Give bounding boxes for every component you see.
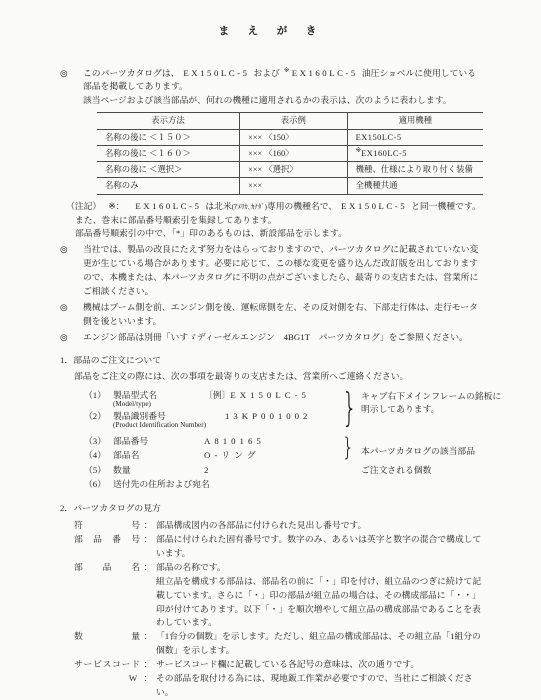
table-cell: ××× (239, 178, 347, 194)
bullet-body: 当社では、製品の改良にたえず努力をはらっておりますので、パーツカタログに記載され… (83, 243, 483, 299)
item-number: （6） (84, 478, 113, 492)
double-circle-bullet-icon: ◎ (60, 301, 83, 329)
engine-parts-paragraph: エンジン部品は別冊「いすゞディーゼルエンジン 4BG1T パーツカタログ」をご参… (83, 331, 483, 345)
catalog-part-note: 本パーツカタログの該当部品 (361, 445, 475, 458)
note-text: 専用の機種名で、 (267, 201, 337, 211)
page-title: ま え が き (60, 24, 483, 41)
table-body: 名称の後に ＜１５０＞ ××× 〈150〉 EX150LC-5 名称の後に ＜１… (97, 129, 483, 194)
item-value: O-リング (204, 450, 260, 460)
service-code-w-row: W：その部品を取付ける為には、現地鈑工作業が必要ですので、当社にご相談ください。 (126, 672, 483, 700)
model-code-ex160: EX160LC-5 (135, 201, 201, 211)
table-cell: ××× 〈160〉 (239, 145, 347, 161)
legend-desc: 部品の名称です。 (156, 561, 483, 575)
intro-text: このパーツカタログは、 (83, 68, 179, 78)
bullet-item-catalog-scope: ◎ このパーツカタログは、EX150LC-5および※EX160LC-5油圧ショベ… (60, 67, 483, 242)
table-row: 名称の後に ＜選択＞ ××× 〈選択〉 機種、仕様により取り付く装備 (97, 162, 483, 178)
item-number: （4） (84, 449, 113, 463)
table-header-display-example: 表示例 (239, 113, 347, 129)
item-label: 送付先の住所および宛名 (113, 478, 204, 492)
section1-heading: 1．部品のご注文について (60, 354, 483, 368)
quantity-note: ご注文される個数 (361, 464, 431, 477)
intro-line-3: 該当ページおよび該当部品が、何れの機種に適用されるかの表示は、次のように表わしま… (83, 94, 483, 108)
model-applicability-table: 表示方法 表示例 適用機種 名称の後に ＜１５０＞ ××× 〈150〉 EX15… (97, 112, 483, 194)
orientation-paragraph: 機械はブーム側を前、エンジン側を後、運転席側を左、その反対側を右、下部走行体は、… (83, 301, 483, 329)
legend-term: 部品番号 (74, 533, 140, 561)
item-value: EX150LC-5 (230, 390, 310, 400)
service-code-desc: その部品を取付ける為には、現地鈑工作業が必要ですので、当社にご相談ください。 (156, 672, 483, 700)
bullet-body: このパーツカタログは、EX150LC-5および※EX160LC-5油圧ショベルに… (83, 67, 483, 242)
legend-term: 数量 (74, 630, 140, 658)
model-code-text: EX160LC-5 (361, 149, 407, 158)
order-item-3: （3）部品番号A810165 (84, 435, 265, 449)
legend-row-quantity: 数量：「1台分の個数」を示します。ただし、組立品の構成部品は、その組立品「1組分… (74, 630, 483, 658)
legend-desc: サービスコード欄に記載している各記号の意味は、次の通りです。 (156, 658, 483, 672)
intro-text: および (253, 68, 279, 78)
legend-term: 部品名 (74, 561, 140, 575)
table-cell: 名称の後に ＜１５０＞ (97, 129, 239, 145)
model-code-ex150: EX150LC-5 (341, 201, 407, 211)
item-number: （2） (84, 410, 113, 424)
intro-line-2: 部品を掲載してあります。 (83, 80, 483, 94)
brace-icon: } (342, 389, 357, 428)
section2-heading: 2．パーツカタログの見方 (60, 502, 483, 516)
note-label: （注記） (66, 201, 101, 211)
item-label: 部品名 (113, 449, 204, 463)
table-cell: 機種、仕様により取り付く装備 (347, 162, 483, 178)
bullet-item-orientation: ◎ 機械はブーム側を前、エンジン側を後、運転席側を左、その反対側を右、下部走行体… (60, 301, 483, 329)
table-cell: 全機種共通 (347, 178, 483, 194)
table-header-applicable-model: 適用機種 (347, 113, 483, 129)
note-text: と同一機種です。 (411, 201, 481, 211)
document-page: ま え が き ◎ このパーツカタログは、EX150LC-5および※EX160L… (0, 0, 541, 700)
bullet-item-engine-parts: ◎ エンジン部品は別冊「いすゞディーゼルエンジン 4BG1T パーツカタログ」を… (60, 331, 483, 345)
index-note-line-1: また、巻末に部品番号順索引を集録してあります。 (75, 214, 483, 228)
section1-lead: 部品をご注文の際には、次の事項を最寄りの支店または、営業所へご連絡ください。 (74, 370, 483, 384)
item-sub-label: (Product Identification Number) (113, 420, 206, 431)
brace-icon: } (342, 436, 355, 461)
note-text: は北米 (205, 201, 231, 211)
table-cell: EX150LC-5 (347, 129, 483, 145)
table-cell: ××× 〈150〉 (239, 129, 347, 145)
order-item-list: （1）製品型式名〔例〕EX150LC-5 (Model/type) （2）製品識… (84, 389, 483, 493)
double-circle-bullet-icon: ◎ (60, 243, 83, 299)
bullet-body: 機械はブーム側を前、エンジン側を後、運転席側を左、その反対側を右、下部走行体は、… (83, 301, 483, 329)
nameplate-note-line1: キャブ右下メインフレームの銘板に (361, 390, 501, 403)
legend-row-symbol: 符号：部品構成図内の各部品に付けられた見出し番号です。 (74, 519, 483, 533)
legend-desc: 部品に付けられた固有番号です。数字のみ、あるいは英字と数字の混合で構成しています… (156, 533, 483, 561)
item-number: （1） (84, 389, 113, 403)
model-code-ex160: ※EX160LC-5 (284, 68, 358, 78)
intro-text: 油圧ショベルに使用している (362, 68, 476, 78)
table-cell: 名称の後に ＜１６０＞ (97, 145, 239, 161)
colon-separator: ： (140, 519, 156, 533)
legend-desc: 部品構成図内の各部品に付けられた見出し番号です。 (156, 519, 483, 533)
order-item-6: （6）送付先の住所および宛名 (84, 478, 204, 492)
reference-mark-icon: ※ (284, 67, 292, 74)
item-sub-label: (Model/type) (113, 399, 151, 410)
table-cell: ※EX160LC-5 (347, 145, 483, 161)
nameplate-note-line2: 明示してあります。 (361, 403, 501, 416)
item-number: （3） (84, 435, 113, 449)
order-item-4: （4）部品名O-リング (84, 449, 260, 463)
double-circle-bullet-icon: ◎ (60, 331, 83, 345)
model-code-text: EX150LC-5 (356, 133, 402, 142)
colon-separator: ： (140, 630, 156, 658)
order-item-5: （5）数量2 (84, 464, 212, 478)
legend-term: 符号 (74, 519, 140, 533)
index-note-line-2: 部品番号順索引の中で、「*」印のあるものは、新設部品を示します。 (75, 227, 483, 241)
bullet-item-revisions: ◎ 当社では、製品の改良にたえず努力をはらっておりますので、パーツカタログに記載… (60, 243, 483, 299)
reference-mark-icon: ※： (108, 201, 124, 211)
note-small-text: (ｱﾒﾘｶ､ｶﾅﾀﾞ) (232, 204, 267, 211)
example-prefix: 〔例〕 (204, 390, 230, 400)
table-header-display-method: 表示方法 (97, 113, 239, 129)
legend-row-service-code: サービスコード：サービスコード欄に記載している各記号の意味は、次の通りです。 (74, 658, 483, 672)
legend-desc: 「1台分の個数」を示します。ただし、組立品の構成部品は、その組立品「1組分の個数… (156, 630, 483, 658)
legend-term: サービスコード (74, 658, 140, 672)
colon-separator: ： (140, 533, 156, 561)
nameplate-note: キャブ右下メインフレームの銘板に 明示してあります。 (361, 390, 501, 415)
table-row: 名称の後に ＜１５０＞ ××× 〈150〉 EX150LC-5 (97, 129, 483, 145)
assembly-dot-explanation: 組立品を構成する部品は、部品名の前に「・」印を付け、組立品のつぎに続けて記載して… (156, 575, 483, 631)
colon-separator: ： (140, 561, 156, 575)
item-value: 13KP001002 (225, 411, 311, 421)
note-line: （注記）※：EX160LC-5は北米(ｱﾒﾘｶ､ｶﾅﾀﾞ)専用の機種名で、EX1… (66, 200, 483, 214)
colon-separator: ： (140, 672, 156, 700)
table-cell: 名称の後に ＜選択＞ (97, 162, 239, 178)
item-value: 2 (204, 465, 212, 475)
item-label: 数量 (113, 464, 204, 478)
legend-row-part-name: 部品名：部品の名称です。 (74, 561, 483, 575)
legend-row-part-number: 部品番号：部品に付けられた固有番号です。数字のみ、あるいは英字と数字の混合で構成… (74, 533, 483, 561)
revision-paragraph: 当社では、製品の改良にたえず努力をはらっておりますので、パーツカタログに記載され… (83, 243, 483, 299)
table-head: 表示方法 表示例 適用機種 (97, 113, 483, 129)
service-code-letter: W (126, 672, 140, 700)
table-row: 名称のみ ××× 全機種共通 (97, 178, 483, 194)
model-code-ex150: EX150LC-5 (183, 68, 249, 78)
table-cell: 名称のみ (97, 178, 239, 194)
colon-separator: ： (140, 658, 156, 672)
item-label: 部品番号 (113, 435, 204, 449)
model-code-text: EX160LC-5 (292, 68, 358, 78)
item-value: A810165 (204, 436, 265, 446)
bullet-body: エンジン部品は別冊「いすゞディーゼルエンジン 4BG1T パーツカタログ」をご参… (83, 331, 483, 345)
item-number: （5） (84, 464, 113, 478)
table-row: 名称の後に ＜１６０＞ ××× 〈160〉 ※EX160LC-5 (97, 145, 483, 161)
intro-line-1: このパーツカタログは、EX150LC-5および※EX160LC-5油圧ショベルに… (83, 67, 483, 81)
table-header-row: 表示方法 表示例 適用機種 (97, 113, 483, 129)
table-cell: ××× 〈選択〉 (239, 162, 347, 178)
